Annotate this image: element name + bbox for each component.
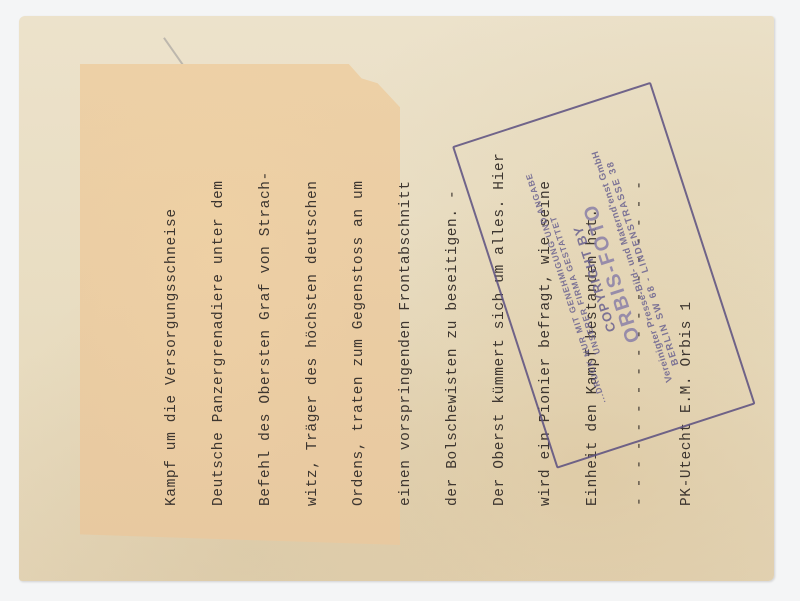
caption-title: Kampf um die Versorgungsschneise [165,46,181,506]
caption-line: einen vorspringenden Frontabschnitt [399,46,415,506]
caption-line: witz, Träger des höchsten deutschen [306,46,322,506]
caption-line: Befehl des Obersten Graf von Strach- [259,46,275,506]
caption-line: der Bolschewisten zu beseitigen. - [446,46,462,506]
caption-line: Deutsche Panzergrenadiere unter dem [212,46,228,506]
caption-line: Ordens, traten zum Gegenstoss an um [352,46,368,506]
